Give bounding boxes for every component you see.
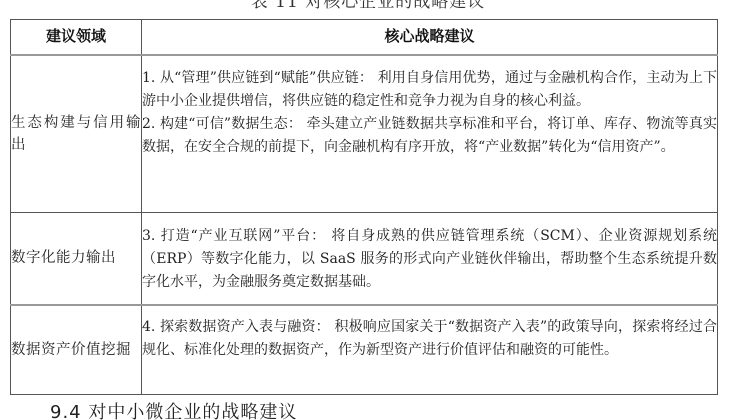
section-heading: 9.4 对中小微企业的战略建议 (50, 401, 297, 420)
area-cell: 数据资产价值挖掘 (11, 305, 142, 395)
table-caption: 表 11 对核心企业的战略建议 (0, 0, 736, 13)
advice-item: 2. 构建“可信”数据生态： 牵头建立产业链数据共享标准和平台，将订单、库存、物… (142, 113, 717, 159)
table-row: 数字化能力输出 3. 打造“产业互联网”平台： 将自身成熟的供应链管理系统（SC… (11, 212, 718, 305)
advice-cell: 3. 打造“产业互联网”平台： 将自身成熟的供应链管理系统（SCM）、企业资源规… (142, 212, 718, 305)
advice-item: 1. 从“管理”供应链到“赋能”供应链： 利用自身信用优势，通过与金融机构合作，… (142, 67, 717, 113)
table-row: 生态构建与信用输出 1. 从“管理”供应链到“赋能”供应链： 利用自身信用优势，… (11, 55, 718, 213)
advice-item: 4. 探索数据资产入表与融资： 积极响应国家关于“数据资产入表”的政策导向，探索… (142, 316, 717, 362)
strategy-table: 建议领域 核心战略建议 生态构建与信用输出 1. 从“管理”供应链到“赋能”供应… (10, 19, 718, 395)
header-area: 建议领域 (11, 20, 142, 55)
area-cell: 生态构建与信用输出 (11, 55, 142, 213)
advice-cell: 4. 探索数据资产入表与融资： 积极响应国家关于“数据资产入表”的政策导向，探索… (142, 305, 718, 395)
header-advice: 核心战略建议 (142, 20, 718, 55)
advice-item: 3. 打造“产业互联网”平台： 将自身成熟的供应链管理系统（SCM）、企业资源规… (142, 225, 717, 294)
advice-cell: 1. 从“管理”供应链到“赋能”供应链： 利用自身信用优势，通过与金融机构合作，… (142, 55, 718, 213)
area-cell: 数字化能力输出 (11, 212, 142, 305)
table-row: 数据资产价值挖掘 4. 探索数据资产入表与融资： 积极响应国家关于“数据资产入表… (11, 305, 718, 395)
table-header-row: 建议领域 核心战略建议 (11, 20, 718, 55)
